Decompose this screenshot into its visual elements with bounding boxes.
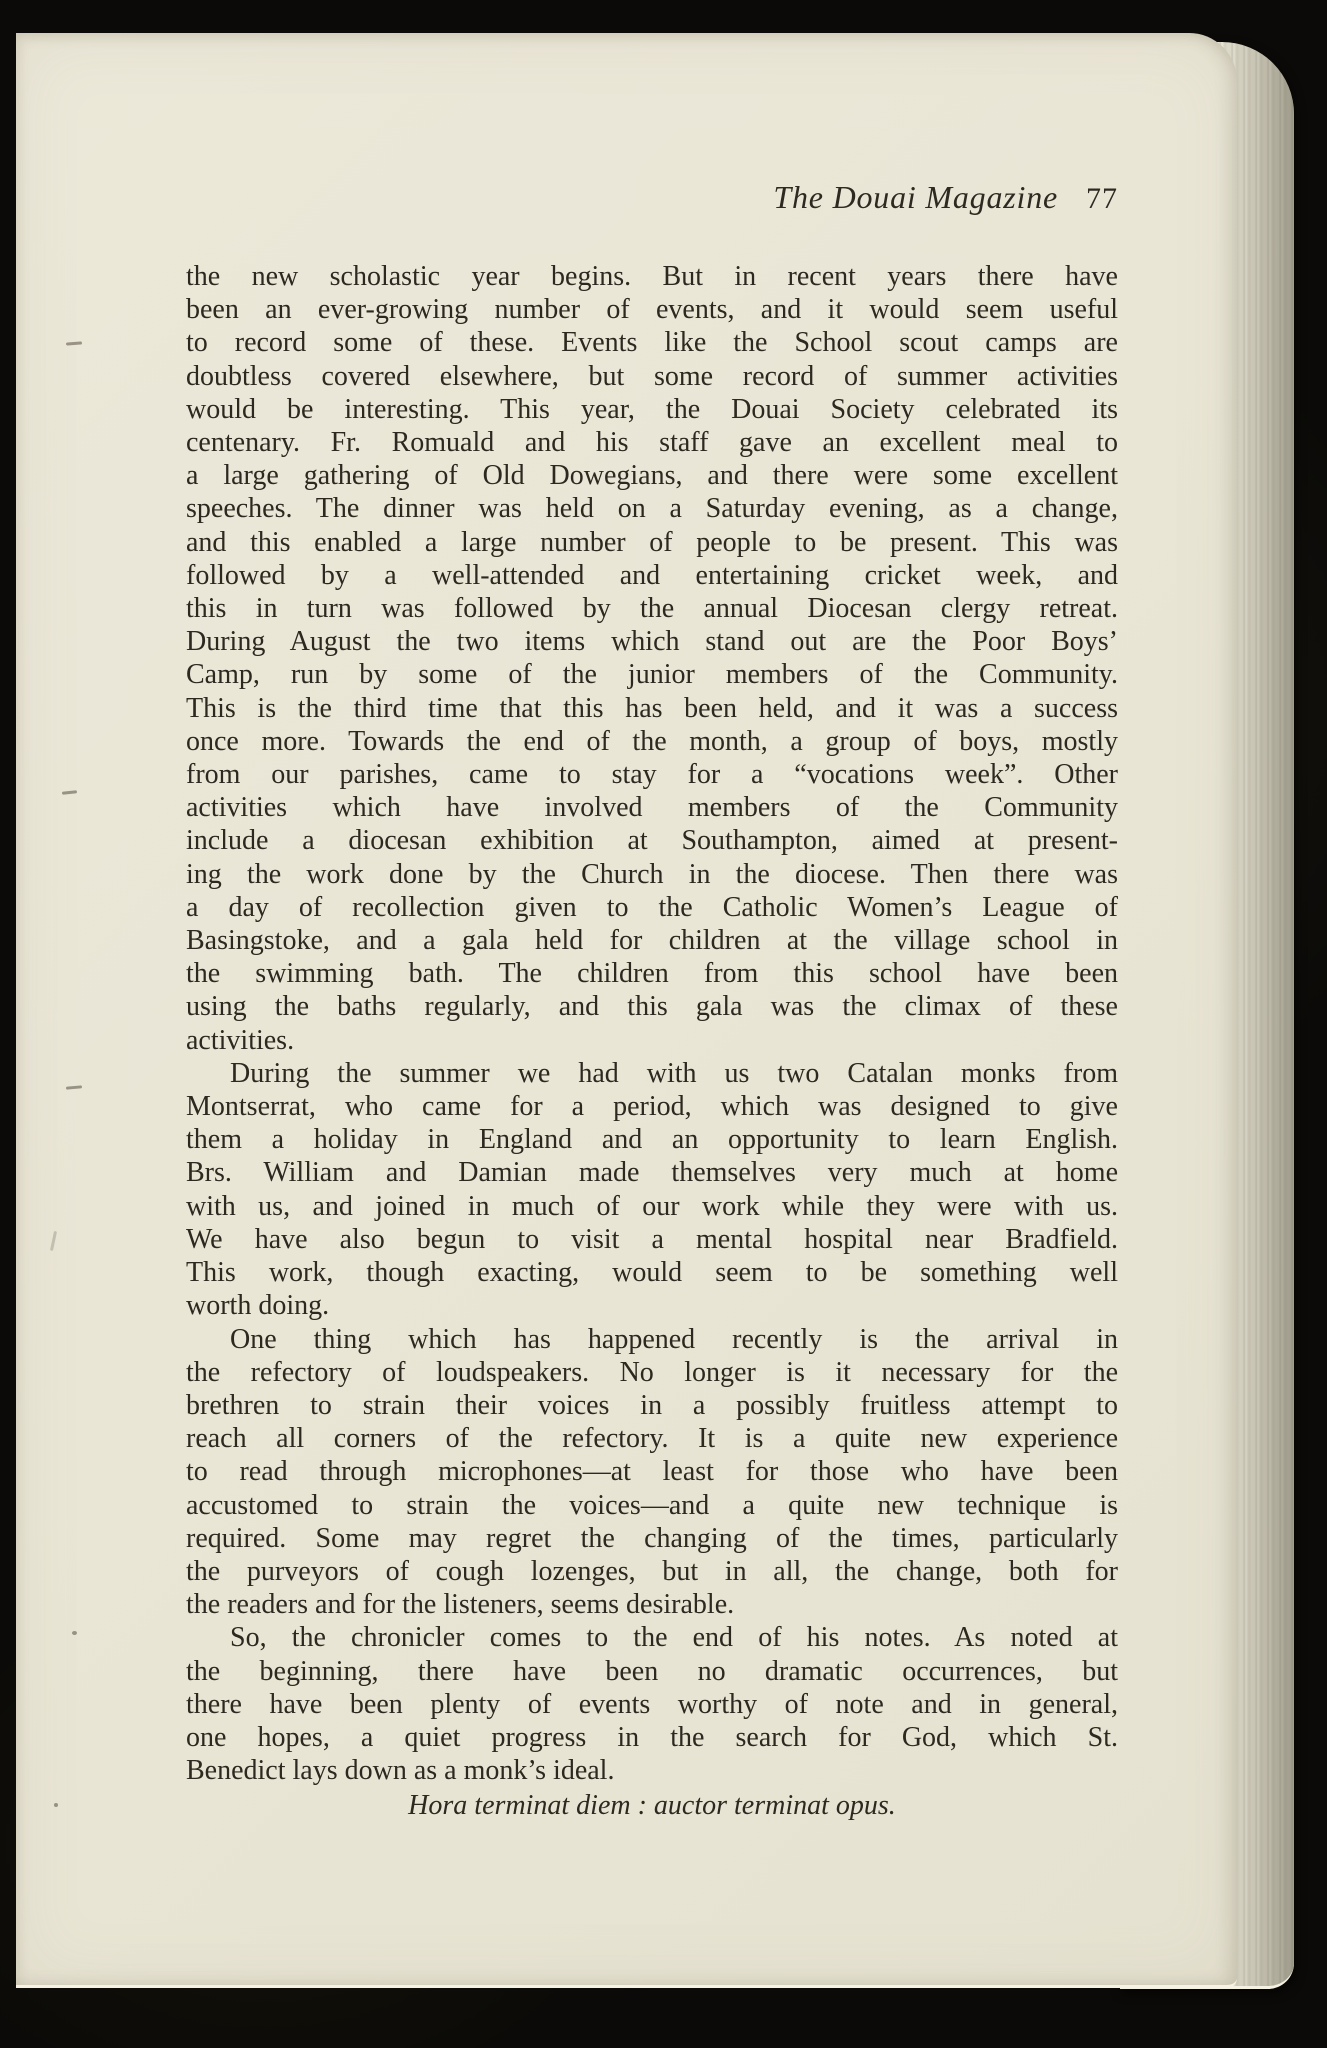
body-line: this in turn was followed by the annual … <box>186 592 1118 625</box>
pencil-mark <box>66 1085 82 1089</box>
body-line: Benedict lays down as a monk’s ideal. <box>186 1754 1118 1787</box>
body-line: the beginning, there have been no dramat… <box>186 1655 1118 1688</box>
body-line: with us, and joined in much of our work … <box>186 1190 1118 1223</box>
body-line: brethren to strain their voices in a pos… <box>186 1389 1118 1422</box>
body-line: During August the two items which stand … <box>186 625 1118 658</box>
body-line: One thing which has happened recently is… <box>186 1323 1118 1356</box>
body-line: centenary. Fr. Romuald and his staff gav… <box>186 426 1118 459</box>
body-line: from our parishes, came to stay for a “v… <box>186 758 1118 791</box>
body-line: a large gathering of Old Dowegians, and … <box>186 459 1118 492</box>
body-line: and this enabled a large number of peopl… <box>186 526 1118 559</box>
body-line: Montserrat, who came for a period, which… <box>186 1090 1118 1123</box>
body-line: one hopes, a quiet progress in the searc… <box>186 1721 1118 1754</box>
pencil-mark <box>72 1631 77 1635</box>
body-line: the refectory of loudspeakers. No longer… <box>186 1356 1118 1389</box>
body-line: to record some of these. Events like the… <box>186 326 1118 359</box>
body-text: the new scholastic year begins. But in r… <box>186 260 1118 1787</box>
body-line: include a diocesan exhibition at Southam… <box>186 824 1118 857</box>
scanned-book-photo: The Douai Magazine 77 the new scholastic… <box>0 0 1327 2048</box>
body-line: followed by a well-attended and entertai… <box>186 559 1118 592</box>
pencil-mark <box>54 1803 58 1807</box>
colophon-line: Hora terminat diem : auctor terminat opu… <box>186 1789 1118 1822</box>
body-line: would be interesting. This year, the Dou… <box>186 393 1118 426</box>
body-line: using the baths regularly, and this gala… <box>186 990 1118 1023</box>
body-line: During the summer we had with us two Cat… <box>186 1057 1118 1090</box>
body-line: This is the third time that this has bee… <box>186 692 1118 725</box>
body-line: worth doing. <box>186 1289 1118 1322</box>
magazine-page: The Douai Magazine 77 the new scholastic… <box>16 33 1237 1988</box>
body-line: the readers and for the listeners, seems… <box>186 1588 1118 1621</box>
body-line: a day of recollection given to the Catho… <box>186 891 1118 924</box>
body-line: doubtless covered elsewhere, but some re… <box>186 360 1118 393</box>
body-line: been an ever-growing number of events, a… <box>186 293 1118 326</box>
pencil-mark <box>66 341 82 345</box>
body-line: the purveyors of cough lozenges, but in … <box>186 1555 1118 1588</box>
body-line: So, the chronicler comes to the end of h… <box>186 1621 1118 1654</box>
body-line: reach all corners of the refectory. It i… <box>186 1422 1118 1455</box>
body-line: Basingstoke, and a gala held for childre… <box>186 924 1118 957</box>
body-line: there have been plenty of events worthy … <box>186 1688 1118 1721</box>
body-line: once more. Towards the end of the month,… <box>186 725 1118 758</box>
page-number: 77 <box>1086 182 1118 216</box>
body-line: Brs. William and Damian made themselves … <box>186 1156 1118 1189</box>
body-line: We have also begun to visit a mental hos… <box>186 1223 1118 1256</box>
body-line: to read through microphones—at least for… <box>186 1455 1118 1488</box>
pencil-mark <box>62 790 77 795</box>
journal-title: The Douai Magazine <box>773 179 1058 216</box>
body-line: the swimming bath. The children from thi… <box>186 957 1118 990</box>
running-header: The Douai Magazine 77 <box>186 179 1118 216</box>
body-line: ing the work done by the Church in the d… <box>186 858 1118 891</box>
pencil-mark <box>50 1231 57 1251</box>
body-line: them a holiday in England and an opportu… <box>186 1123 1118 1156</box>
body-line: the new scholastic year begins. But in r… <box>186 260 1118 293</box>
body-line: speeches. The dinner was held on a Satur… <box>186 492 1118 525</box>
body-line: accustomed to strain the voices—and a qu… <box>186 1489 1118 1522</box>
body-line: activities which have involved members o… <box>186 791 1118 824</box>
body-line: This work, though exacting, would seem t… <box>186 1256 1118 1289</box>
body-line: required. Some may regret the changing o… <box>186 1522 1118 1555</box>
body-line: activities. <box>186 1024 1118 1057</box>
body-line: Camp, run by some of the junior members … <box>186 658 1118 691</box>
